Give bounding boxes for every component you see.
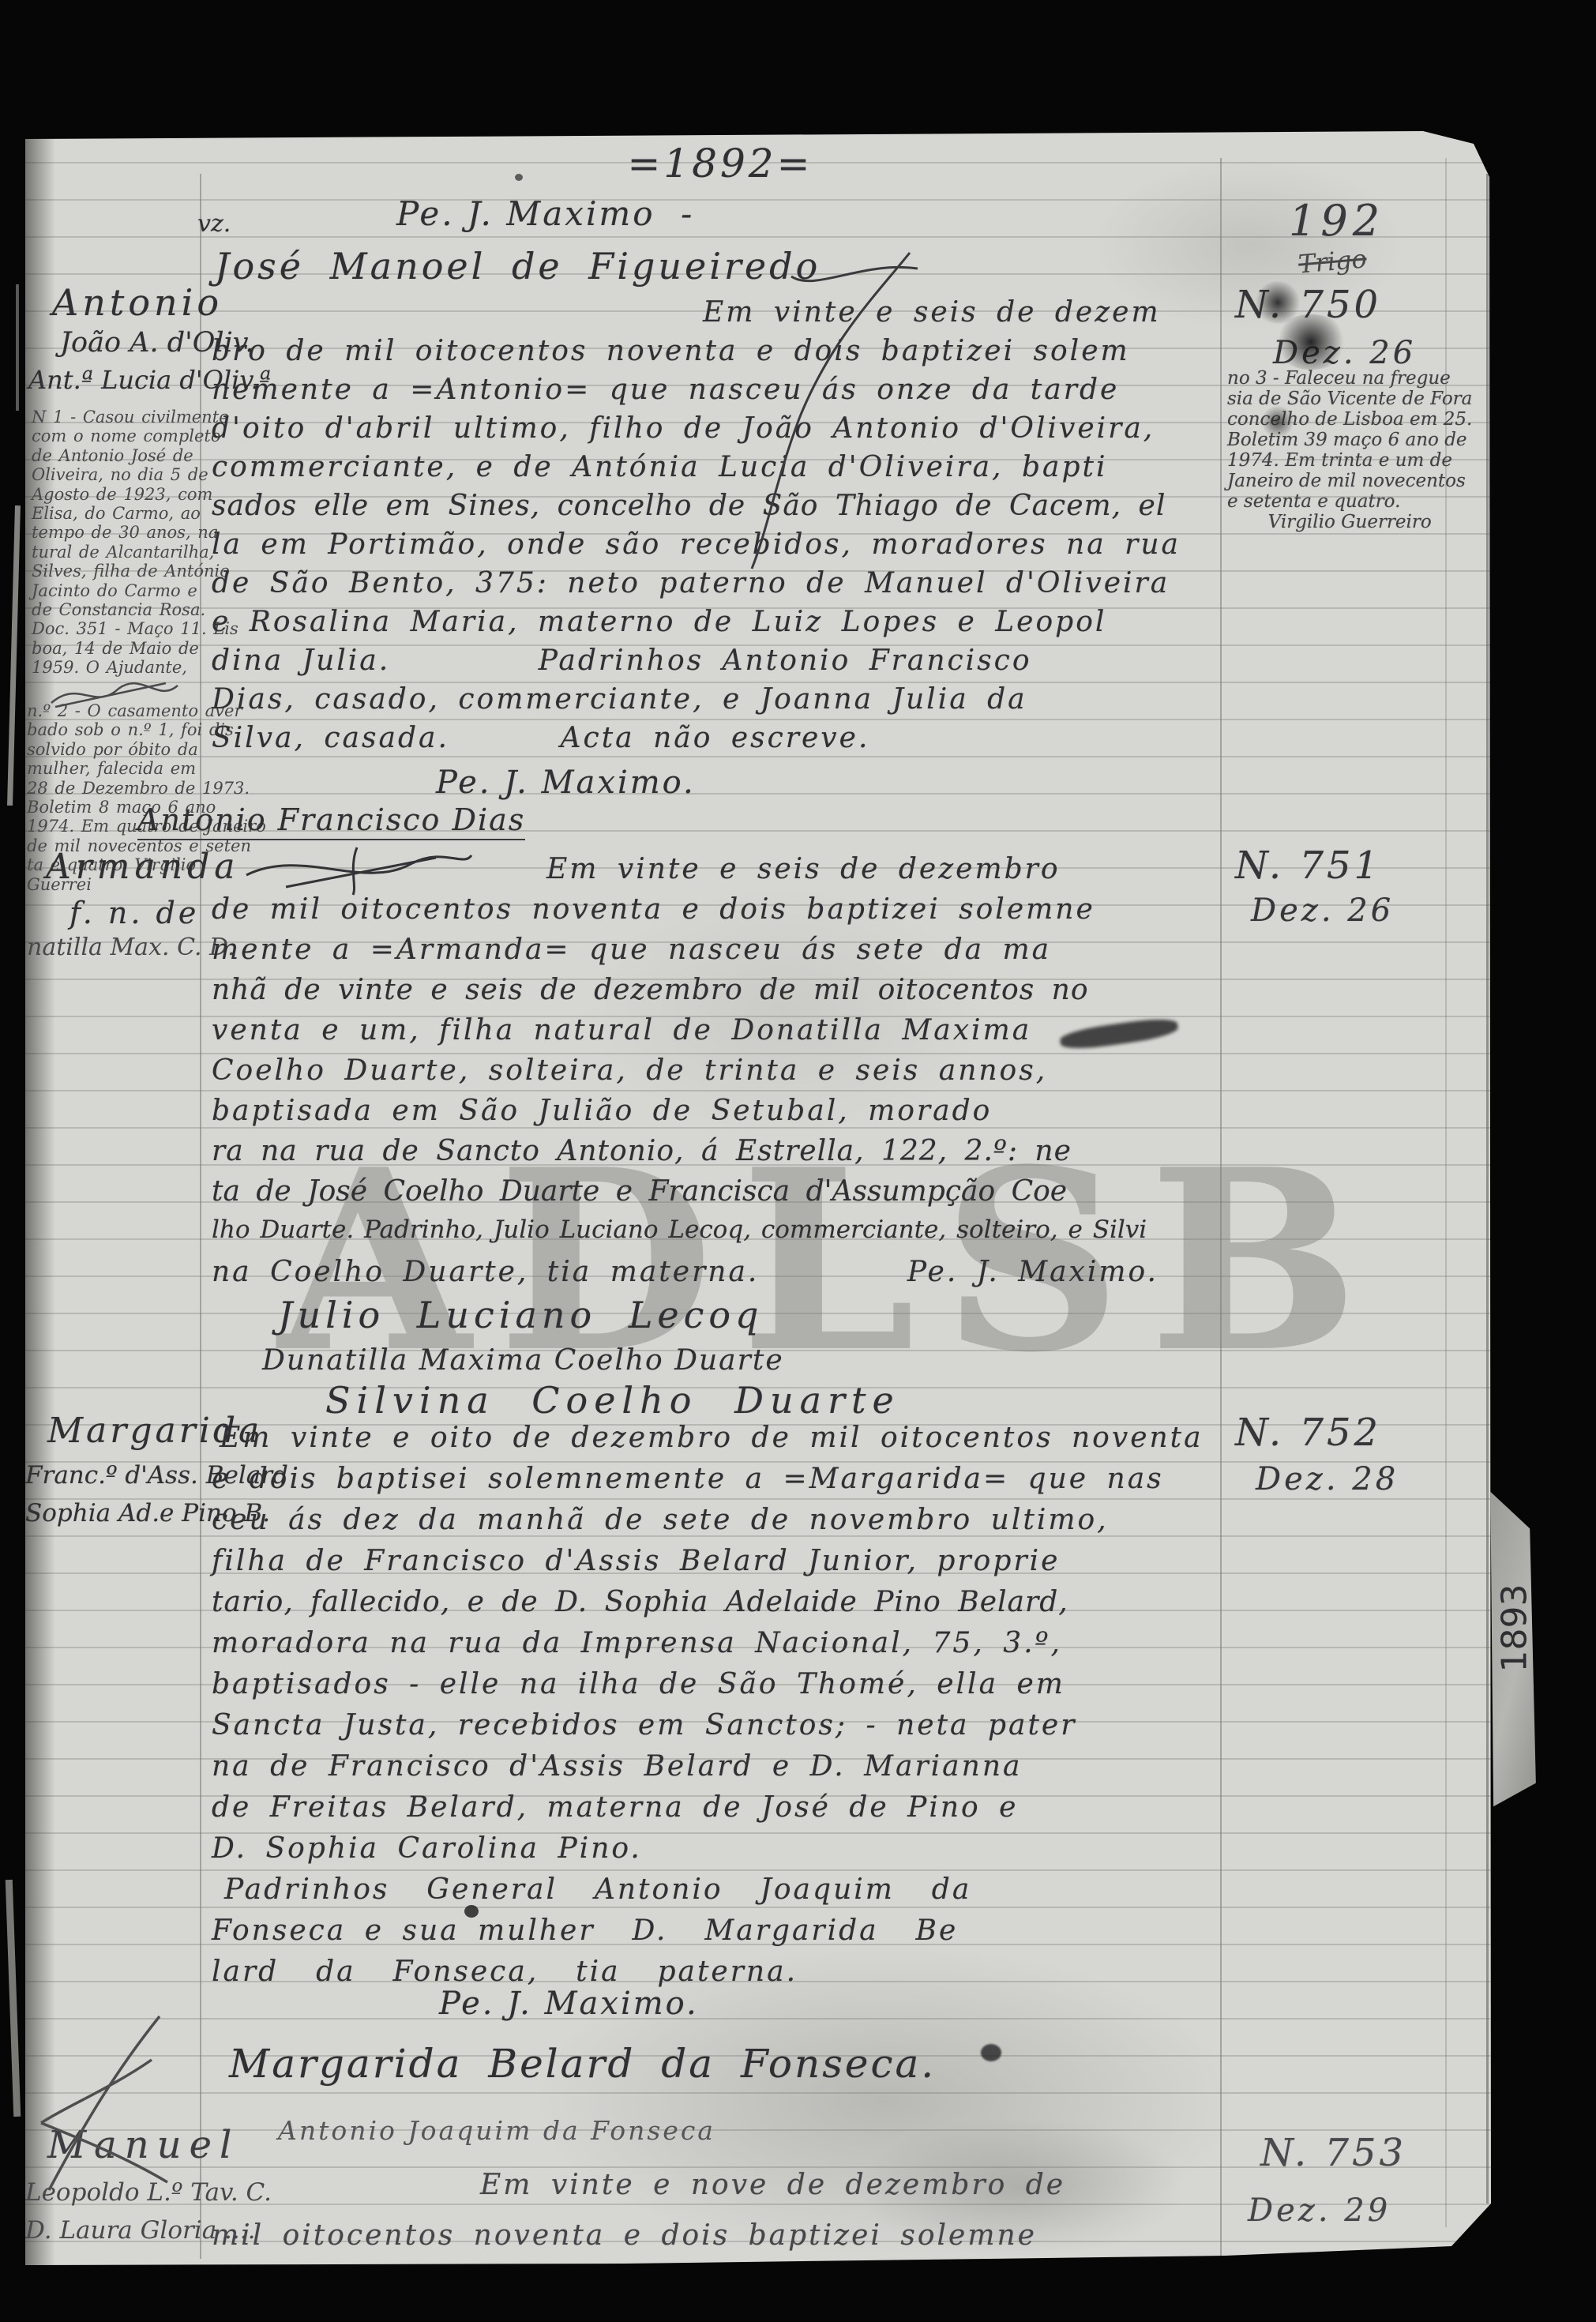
- body-line: D. Sophia Carolina Pino.: [212, 1832, 642, 1865]
- entry-date: Dez. 28: [1256, 1461, 1399, 1497]
- page-number: 192: [1289, 196, 1384, 246]
- ink-dot: [464, 1905, 479, 1918]
- mother-signature: Dunatilla Maxima Coelho Duarte: [262, 1344, 784, 1377]
- godmother-signature: Silvina Coelho Duarte: [325, 1379, 900, 1422]
- body-line: e dois baptisei solemnemente a =Margarid…: [212, 1463, 1164, 1495]
- ajudante-scribble: [47, 679, 182, 711]
- entry-date: Dez. 29: [1248, 2192, 1391, 2229]
- body-line: na de Francisco d'Assis Belard e D. Mari…: [212, 1750, 1022, 1783]
- margin-child-name: Antonio: [52, 281, 223, 324]
- body-line: filha de Francisco d'Assis Belard Junior…: [212, 1545, 1060, 1577]
- body-line: lho Duarte. Padrinho, Julio Luciano Leco…: [212, 1215, 1147, 1244]
- body-line: Coelho Duarte, solteira, de trinta e sei…: [212, 1054, 1047, 1087]
- entry-number: N. 753: [1260, 2131, 1406, 2175]
- entry-number: N. 751: [1235, 844, 1381, 888]
- body-line: venta e um, filha natural de Donatilla M…: [212, 1014, 1031, 1046]
- body-line: Sancta Justa, recebidos em Sanctos; - ne…: [212, 1709, 1076, 1741]
- binding-streak: [6, 1880, 21, 2117]
- page-edge-line: [1486, 174, 1489, 2204]
- priest-signature-top: Pe. J. Maximo -: [396, 194, 694, 233]
- godfather-signature: Antonio Joaquim da Fonseca: [278, 2115, 715, 2146]
- ink-blot: [1262, 404, 1294, 439]
- ink-dot: [515, 174, 523, 181]
- margin-note-marriage: N 1 - Casou civilmente com o nome comple…: [32, 408, 205, 678]
- body-line: na Coelho Duarte, tia materna. Pe. J. Ma…: [212, 1256, 1159, 1288]
- signature-rubric: [238, 844, 475, 899]
- margin-mother-name: natilla Max. C. D.: [27, 934, 235, 961]
- body-line: tario, fallecido, e de D. Sophia Adelaid…: [212, 1586, 1068, 1618]
- crossed-label: Trigo: [1297, 243, 1369, 279]
- body-line: Silva, casada. Acta não escreve.: [212, 722, 869, 754]
- entry-number: N. 752: [1235, 1411, 1381, 1455]
- body-line: baptisada em São Julião de Setubal, mora…: [212, 1095, 992, 1127]
- body-line: e Rosalina Maria, materno de Luiz Lopes …: [212, 606, 1106, 638]
- body-line: baptisados - elle na ilha de São Thomé, …: [212, 1668, 1065, 1700]
- body-line: Em vinte e seis de dezembro: [546, 853, 1061, 885]
- body-line: moradora na rua da Imprensa Nacional, 75…: [212, 1627, 1062, 1659]
- scanned-register-page: ADLSB =1892= vz. Pe. J. Maximo - José Ma…: [0, 0, 1596, 2322]
- body-line: d'oito d'abril ultimo, filho de João Ant…: [212, 412, 1155, 445]
- body-line: Em vinte e nove de dezembro de: [480, 2169, 1065, 2201]
- body-line: Padrinhos General Antonio Joaquim da: [224, 1873, 971, 1906]
- godfather-signature: Antonio Francisco Dias: [137, 802, 525, 840]
- body-line: Fonseca e sua mulher D. Margarida Be: [212, 1914, 958, 1947]
- margin-child-name: Armanda: [46, 847, 240, 887]
- closing-signature: Pe. J. Maximo.: [439, 1986, 699, 2022]
- body-line: dina Julia. Padrinhos Antonio Francisco: [212, 644, 1032, 677]
- body-line: ceu ás dez da manhã de sete de novembro …: [212, 1504, 1109, 1536]
- body-line: commerciante, e de Antónia Lucia d'Olive…: [212, 451, 1107, 483]
- godmother-signature: Margarida Belard da Fonseca.: [229, 2041, 936, 2087]
- body-line: bro de mil oitocentos noventa e dois bap…: [212, 335, 1130, 367]
- year-tab-label: 1893: [1495, 1581, 1535, 1676]
- pencil-cross-mark: [33, 2012, 175, 2194]
- body-line: ta de José Coelho Duarte e Francisca d'A…: [212, 1175, 1067, 1208]
- binding-streak: [7, 505, 21, 806]
- corner-mark: vz.: [197, 210, 231, 238]
- body-line: nemente a =Antonio= que nasceu ás onze d…: [212, 374, 1119, 406]
- margin-rule-right: [1220, 158, 1222, 2259]
- ink-dot: [981, 2044, 1001, 2061]
- ink-blot: [1273, 314, 1349, 370]
- registrar-flourish: [720, 245, 926, 577]
- body-line: ra na rua de Sancto Antonio, á Estrella,…: [212, 1135, 1072, 1167]
- body-line: sados elle em Sines, concelho de São Thi…: [212, 490, 1166, 522]
- register-paper: ADLSB =1892= vz. Pe. J. Maximo - José Ma…: [25, 126, 1493, 2265]
- year-tab: 1893: [1489, 1482, 1540, 1817]
- year-heading: =1892=: [578, 141, 862, 186]
- body-line: nhã de vinte e seis de dezembro de mil o…: [212, 974, 1089, 1006]
- body-line: de Freitas Belard, materna de José de Pi…: [212, 1791, 1018, 1824]
- body-line: lard da Fonseca, tia paterna.: [212, 1956, 798, 1988]
- closing-signature: Pe. J. Maximo.: [436, 765, 696, 801]
- death-annotation: no 3 - Faleceu na fregue sia de São Vice…: [1227, 368, 1472, 532]
- binding-streak: [16, 284, 19, 411]
- ink-smudge: [1059, 1016, 1179, 1053]
- body-line: Em vinte e oito de dezembro de mil oitoc…: [220, 1422, 1204, 1454]
- margin-filiation: f. n. de: [69, 896, 199, 930]
- body-line: la em Portimão, onde são recebidos, mora…: [212, 528, 1181, 561]
- body-line: Dias, casado, commerciante, e Joanna Jul…: [212, 683, 1027, 716]
- body-line: mente a =Armanda= que nasceu ás sete da …: [212, 934, 1051, 966]
- body-line: mil oitocentos noventa e dois baptizei s…: [212, 2219, 1037, 2252]
- godparent-signature: Julio Luciano Lecoq: [278, 1294, 764, 1336]
- body-line: de São Bento, 375: neto paterno de Manue…: [212, 567, 1170, 599]
- entry-date: Dez. 26: [1251, 892, 1394, 929]
